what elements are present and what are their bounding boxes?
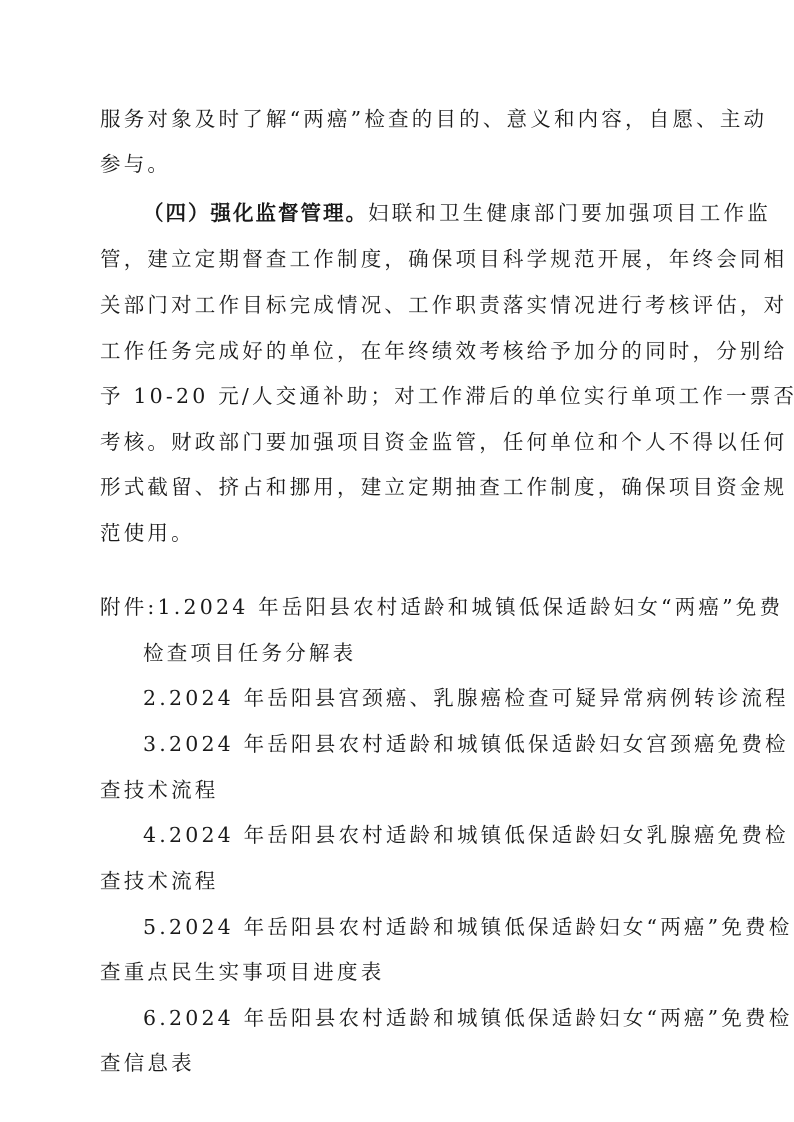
paragraph-line: 工作任务完成好的单位，在年终绩效考核给予加分的同时，分别给 (100, 336, 720, 366)
paragraph-line: 服务对象及时了解“两癌”检查的目的、意义和内容，自愿、主动 (100, 104, 720, 134)
attachment-item-1-cont: 检查项目任务分解表 (143, 638, 720, 668)
section-four-first-line: （四）强化监督管理。妇联和卫生健康部门要加强项目工作监 (143, 198, 720, 228)
section-text: 妇联和卫生健康部门要加强项目工作监 (368, 201, 771, 225)
paragraph-line: 管，建立定期督查工作制度，确保项目科学规范开展，年终会同相 (100, 244, 720, 274)
attachment-item-6-cont: 查信息表 (100, 1048, 720, 1078)
paragraph-line: 考核。财政部门要加强项目资金监管，任何单位和个人不得以任何 (100, 427, 720, 457)
attachment-item-2: 2.2024 年岳阳县宫颈癌、乳腺癌检查可疑异常病例转诊流程 (143, 683, 720, 713)
section-heading: （四）强化监督管理。 (143, 201, 368, 225)
attachment-item-3-cont: 查技术流程 (100, 775, 720, 805)
paragraph-line: 参与。 (100, 149, 720, 179)
paragraph-line: 予 10-20 元/人交通补助；对工作滞后的单位实行单项工作一票否决 (100, 381, 720, 411)
attachment-item-4-cont: 查技术流程 (100, 866, 720, 896)
attachment-item-3: 3.2024 年岳阳县农村适龄和城镇低保适龄妇女宫颈癌免费检 (143, 729, 720, 759)
attachment-item-6: 6.2024 年岳阳县农村适龄和城镇低保适龄妇女“两癌”免费检 (143, 1003, 720, 1033)
paragraph-line: 形式截留、挤占和挪用，建立定期抽查工作制度，确保项目资金规 (100, 472, 720, 502)
paragraph-line: 关部门对工作目标完成情况、工作职责落实情况进行考核评估，对 (100, 290, 720, 320)
paragraph-line: 范使用。 (100, 518, 720, 548)
attachment-item-5-cont: 查重点民生实事项目进度表 (100, 957, 720, 987)
attachment-item-4: 4.2024 年岳阳县农村适龄和城镇低保适龄妇女乳腺癌免费检 (143, 820, 720, 850)
attachment-item-1: 附件:1.2024 年岳阳县农村适龄和城镇低保适龄妇女“两癌”免费 (100, 592, 720, 622)
attachment-item-5: 5.2024 年岳阳县农村适龄和城镇低保适龄妇女“两癌”免费检 (143, 912, 720, 942)
